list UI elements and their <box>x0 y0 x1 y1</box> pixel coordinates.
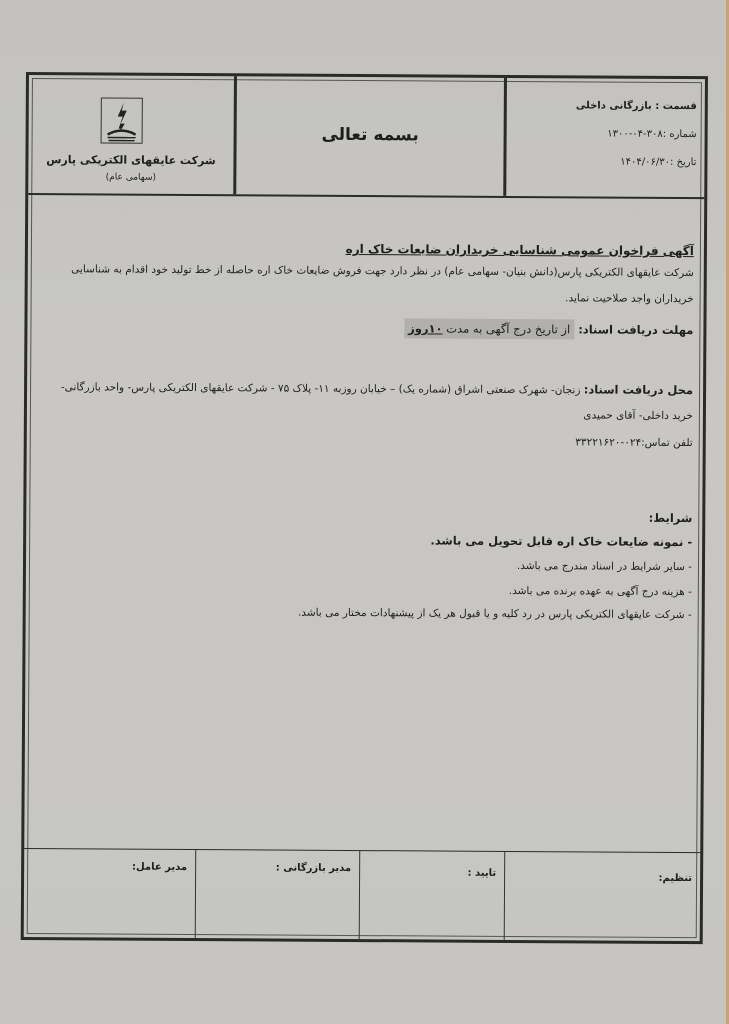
deadline-days: ۱۰روز <box>408 321 443 335</box>
ad-title: آگهی فراخوان عمومی شناسایی خریداران ضایع… <box>346 242 694 258</box>
deadline-value: از تاریخ درج آگهی به مدت <box>446 322 570 337</box>
condition-item: - شرکت عایقهای الکتریکی پارس در رد کلیه … <box>298 607 692 621</box>
signature-row: مدیر عامل: مدیر بازرگانی : تایید : تنظیم… <box>24 848 701 941</box>
commerce-manager-label: مدیر بازرگانی : <box>276 863 351 874</box>
company-logo-cell: شرکت عایقهای الکتریکی پارس (سهامی عام) <box>28 75 237 194</box>
condition-item: - نمونه ضایعات خاک اره قابل تحویل می باش… <box>430 533 692 549</box>
signature-commerce-manager: مدیر بازرگانی : <box>196 850 361 939</box>
deadline-row: مهلت دریافت اسناد: از تاریخ درج آگهی به … <box>404 321 693 337</box>
intro-line-1: شرکت عایقهای الکتریکی پارس(دانش بنیان- س… <box>71 263 694 279</box>
ceo-label: مدیر عامل: <box>132 862 187 873</box>
conditions-title: شرایط: <box>649 511 693 525</box>
location-row: محل دریافت اسناد: زنجان- شهرک صنعتی اشرا… <box>61 379 693 397</box>
signature-approval: تایید : <box>360 851 506 940</box>
location-value: زنجان- شهرک صنعتی اشراق (شماره یک) – خیا… <box>61 381 581 396</box>
location-line-2: خرید داخلی- آقای حمیدی <box>583 409 693 422</box>
letter-date: تاریخ :۱۴۰۴/۰۶/۳۰ <box>620 157 696 168</box>
signature-prepared-by: تنظیم: <box>505 852 701 941</box>
condition-item: - سایر شرایط در اسناد مندرج می باشد. <box>517 560 692 573</box>
letter-heading: بسمه تعالی <box>237 124 504 146</box>
title-cell: بسمه تعالی <box>236 76 507 196</box>
department-label: قسمت : بازرگانی داخلی <box>576 100 697 112</box>
signature-ceo: مدیر عامل: <box>24 849 197 938</box>
company-name: شرکت عایقهای الکتریکی پارس <box>28 153 233 167</box>
approval-label: تایید : <box>467 868 496 879</box>
letter-header: شرکت عایقهای الکتریکی پارس (سهامی عام) ب… <box>28 75 705 199</box>
deadline-value-highlight: از تاریخ درج آگهی به مدت ۱۰روز <box>404 318 574 339</box>
letter-number: شماره :۳۰۸-۰۴-۱۳۰۰ <box>607 129 696 141</box>
prepared-by-label: تنظیم: <box>659 873 693 884</box>
deadline-label: مهلت دریافت اسناد: <box>578 322 693 337</box>
company-type: (سهامی عام) <box>28 172 233 183</box>
condition-item: - هزینه درج آگهی به عهده برنده می باشد. <box>509 585 692 598</box>
letter-body: آگهی فراخوان عمومی شناسایی خریداران ضایع… <box>24 195 704 853</box>
lightning-insulator-logo-icon <box>101 97 143 143</box>
intro-line-2: خریداران واجد صلاحیت نماید. <box>565 292 694 305</box>
letter-meta-cell: قسمت : بازرگانی داخلی شماره :۳۰۸-۰۴-۱۳۰۰… <box>506 78 705 197</box>
contact-phone: تلفن تماس:۰۲۴-۳۳۲۲۱۶۲۰ <box>575 436 693 449</box>
letter-frame: شرکت عایقهای الکتریکی پارس (سهامی عام) ب… <box>21 72 708 944</box>
location-label: محل دریافت اسناد: <box>584 382 693 397</box>
